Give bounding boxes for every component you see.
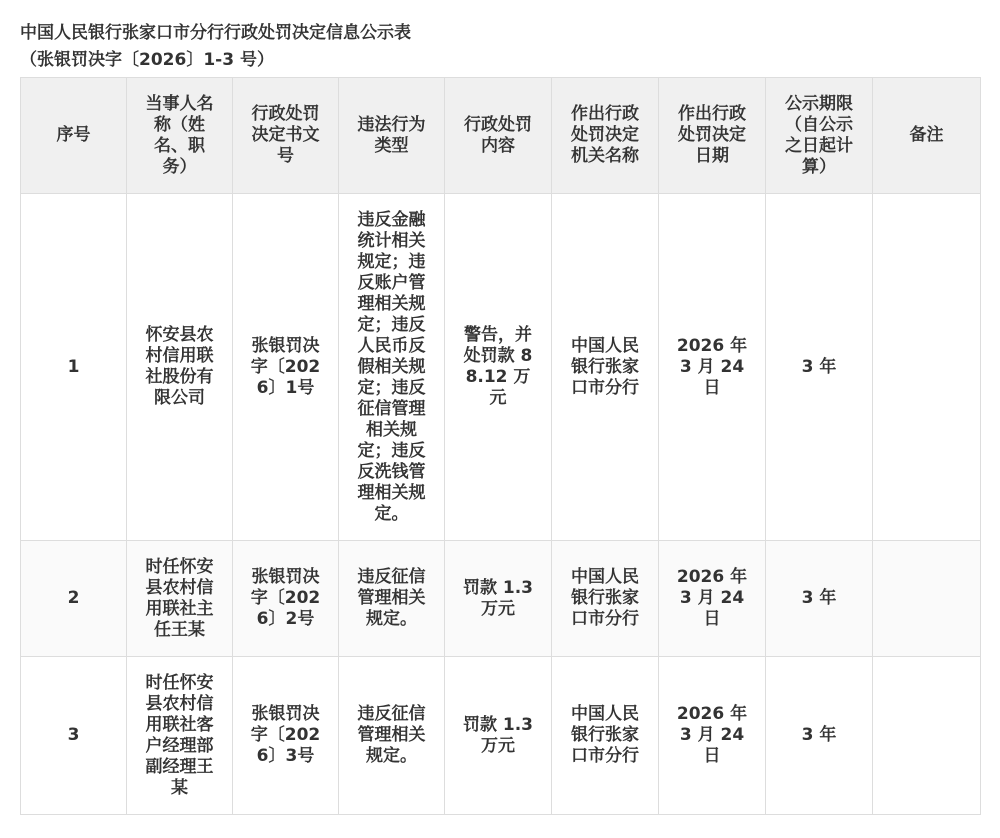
cell-decision-no: 张银罚决字〔2026〕1号 [233, 194, 339, 541]
header-period: 公示期限（自公示之日起计算） [766, 78, 873, 194]
cell-penalty: 罚款 1.3 万元 [445, 541, 552, 657]
cell-index: 2 [21, 541, 127, 657]
cell-party: 时任怀安县农村信用联社主任王某 [127, 541, 233, 657]
cell-authority: 中国人民银行张家口市分行 [552, 541, 659, 657]
cell-party: 怀安县农村信用联社股份有限公司 [127, 194, 233, 541]
page-container: 中国人民银行张家口市分行行政处罚决定信息公示表 （张银罚决字〔2026〕1-3 … [20, 20, 980, 815]
cell-penalty: 罚款 1.3 万元 [445, 657, 552, 815]
cell-violation: 违反征信管理相关规定。 [339, 657, 445, 815]
document-title: 中国人民银行张家口市分行行政处罚决定信息公示表 [20, 20, 980, 47]
cell-date: 2026 年 3 月 24 日 [659, 194, 766, 541]
cell-remarks [873, 657, 981, 815]
table-header-row: 序号 当事人名称（姓名、职务） 行政处罚决定书文号 违法行为类型 行政处罚内容 … [21, 78, 981, 194]
cell-remarks [873, 541, 981, 657]
cell-date: 2026 年 3 月 24 日 [659, 541, 766, 657]
header-violation: 违法行为类型 [339, 78, 445, 194]
cell-violation: 违反征信管理相关规定。 [339, 541, 445, 657]
table-row: 1 怀安县农村信用联社股份有限公司 张银罚决字〔2026〕1号 违反金融统计相关… [21, 194, 981, 541]
cell-party: 时任怀安县农村信用联社客户经理部副经理王某 [127, 657, 233, 815]
header-index: 序号 [21, 78, 127, 194]
penalty-table: 序号 当事人名称（姓名、职务） 行政处罚决定书文号 违法行为类型 行政处罚内容 … [20, 77, 981, 815]
header-authority: 作出行政处罚决定机关名称 [552, 78, 659, 194]
header-penalty: 行政处罚内容 [445, 78, 552, 194]
cell-period: 3 年 [766, 657, 873, 815]
cell-violation: 违反金融统计相关规定；违反账户管理相关规定；违反人民币反假相关规定；违反征信管理… [339, 194, 445, 541]
header-date: 作出行政处罚决定日期 [659, 78, 766, 194]
table-row: 2 时任怀安县农村信用联社主任王某 张银罚决字〔2026〕2号 违反征信管理相关… [21, 541, 981, 657]
cell-decision-no: 张银罚决字〔2026〕2号 [233, 541, 339, 657]
cell-date: 2026 年 3 月 24 日 [659, 657, 766, 815]
cell-remarks [873, 194, 981, 541]
cell-index: 1 [21, 194, 127, 541]
cell-authority: 中国人民银行张家口市分行 [552, 194, 659, 541]
table-row: 3 时任怀安县农村信用联社客户经理部副经理王某 张银罚决字〔2026〕3号 违反… [21, 657, 981, 815]
cell-decision-no: 张银罚决字〔2026〕3号 [233, 657, 339, 815]
document-subtitle: （张银罚决字〔2026〕1-3 号） [20, 47, 980, 77]
cell-authority: 中国人民银行张家口市分行 [552, 657, 659, 815]
header-decision-no: 行政处罚决定书文号 [233, 78, 339, 194]
cell-period: 3 年 [766, 541, 873, 657]
cell-period: 3 年 [766, 194, 873, 541]
cell-index: 3 [21, 657, 127, 815]
header-party: 当事人名称（姓名、职务） [127, 78, 233, 194]
cell-penalty: 警告，并处罚款 88.12 万元 [445, 194, 552, 541]
header-remarks: 备注 [873, 78, 981, 194]
